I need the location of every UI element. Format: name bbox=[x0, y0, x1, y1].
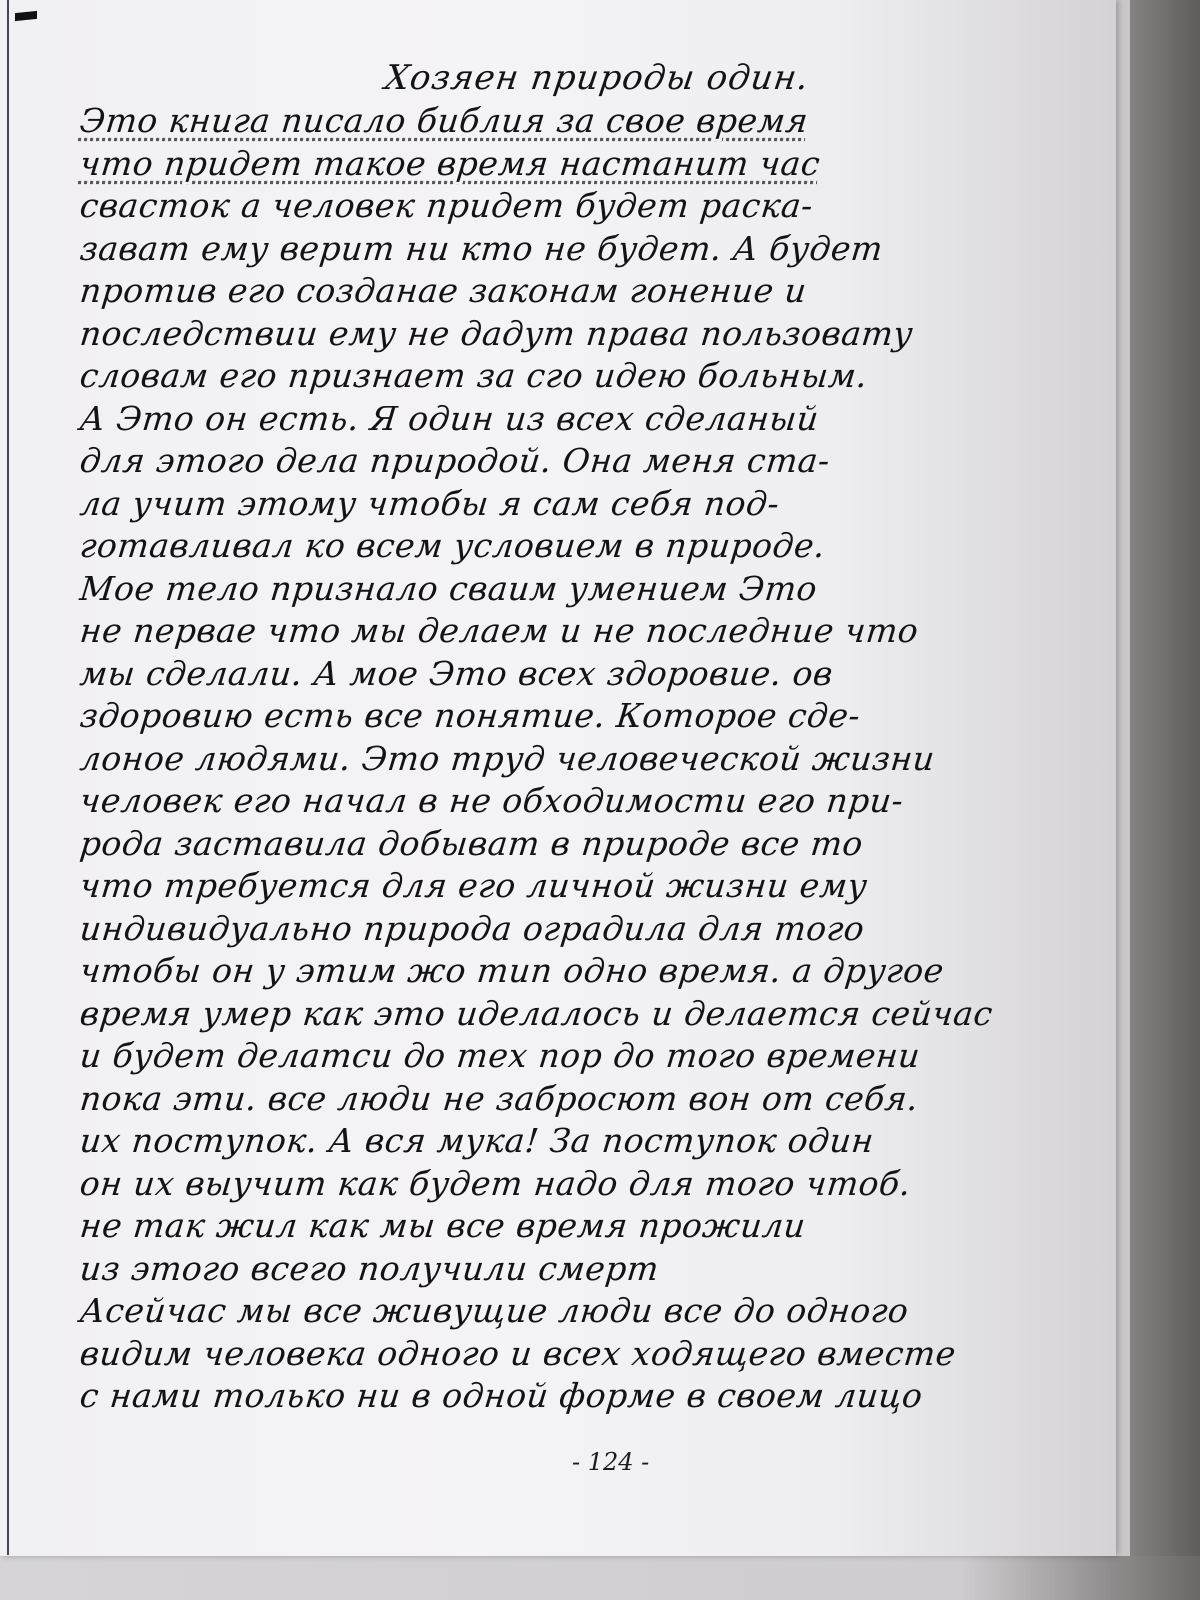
text-line: А Это он есть. Я один из всех сделаный bbox=[78, 398, 1062, 441]
text-line: свасток а человек придет будет раска- bbox=[78, 185, 1062, 228]
text-line: здоровию есть все понятие. Которое сде- bbox=[78, 695, 1062, 738]
text-line: видим человека одного и всех ходящего вм… bbox=[78, 1333, 1062, 1376]
text-line: словам его признает за сго идею больным. bbox=[78, 355, 1062, 398]
text-line: не первае что мы делаем и не последние ч… bbox=[78, 610, 1062, 653]
text-line: ла учит этому чтобы я сам себя под- bbox=[78, 483, 1062, 526]
text-line: их поступок. А вся мука! За поступок оди… bbox=[78, 1120, 1062, 1163]
text-line: что требуется для его личной жизни ему bbox=[78, 865, 1062, 908]
text-line: с нами только ни в одной форме в своем л… bbox=[78, 1375, 1062, 1418]
margin-line bbox=[7, 0, 9, 1555]
text-line: что придет такое время настанит час bbox=[78, 143, 1062, 186]
page-number: - 124 - bbox=[572, 1448, 649, 1476]
text-line: против его созданае законам гонение и bbox=[78, 270, 1062, 313]
text-line: Мое тело признало сваим умением Это bbox=[78, 568, 1062, 611]
text-line: последствии ему не дадут права пользоват… bbox=[78, 313, 1062, 356]
text-line: он их выучит как будет надо для того что… bbox=[78, 1163, 1062, 1206]
manuscript-page: Хозяен природы один. Это книга писало би… bbox=[0, 0, 1116, 1556]
text-line: Это книга писало библия за свое время bbox=[78, 100, 1062, 143]
text-line: зават ему верит ни кто не будет. А будет bbox=[78, 228, 1062, 271]
text-line: мы сделали. А мое Это всех здоровие. ов bbox=[78, 653, 1062, 696]
text-line: для этого дела природой. Она меня ста- bbox=[78, 440, 1062, 483]
handwritten-body: Это книга писало библия за свое время чт… bbox=[80, 100, 1060, 1418]
text-line: не так жил как мы все время прожили bbox=[78, 1205, 1062, 1248]
text-line: пока эти. все люди не забросют вон от се… bbox=[78, 1078, 1062, 1121]
text-line: чтобы он у этим жо тип одно время. а дру… bbox=[78, 950, 1062, 993]
page-title: Хозяен природы один. bbox=[382, 58, 812, 98]
text-line: готавливал ко всем условием в природе. bbox=[78, 525, 1062, 568]
text-line: человек его начал в не обходимости его п… bbox=[78, 780, 1062, 823]
text-line: Асейчас мы все живущие люди все до одног… bbox=[78, 1290, 1062, 1333]
text-line: лоное людями. Это труд человеческой жизн… bbox=[78, 738, 1062, 781]
text-line: рода заставила добыват в природе все то bbox=[78, 823, 1062, 866]
background-surface bbox=[0, 1556, 1200, 1600]
corner-ink-mark bbox=[15, 11, 37, 21]
text-line: из этого всего получили смерт bbox=[78, 1248, 1062, 1291]
text-line: и будет делатси до тех пор до того време… bbox=[78, 1035, 1062, 1078]
text-line: время умер как это иделалось и делается … bbox=[78, 993, 1062, 1036]
text-line: индивидуально природа оградила для того bbox=[78, 908, 1062, 951]
